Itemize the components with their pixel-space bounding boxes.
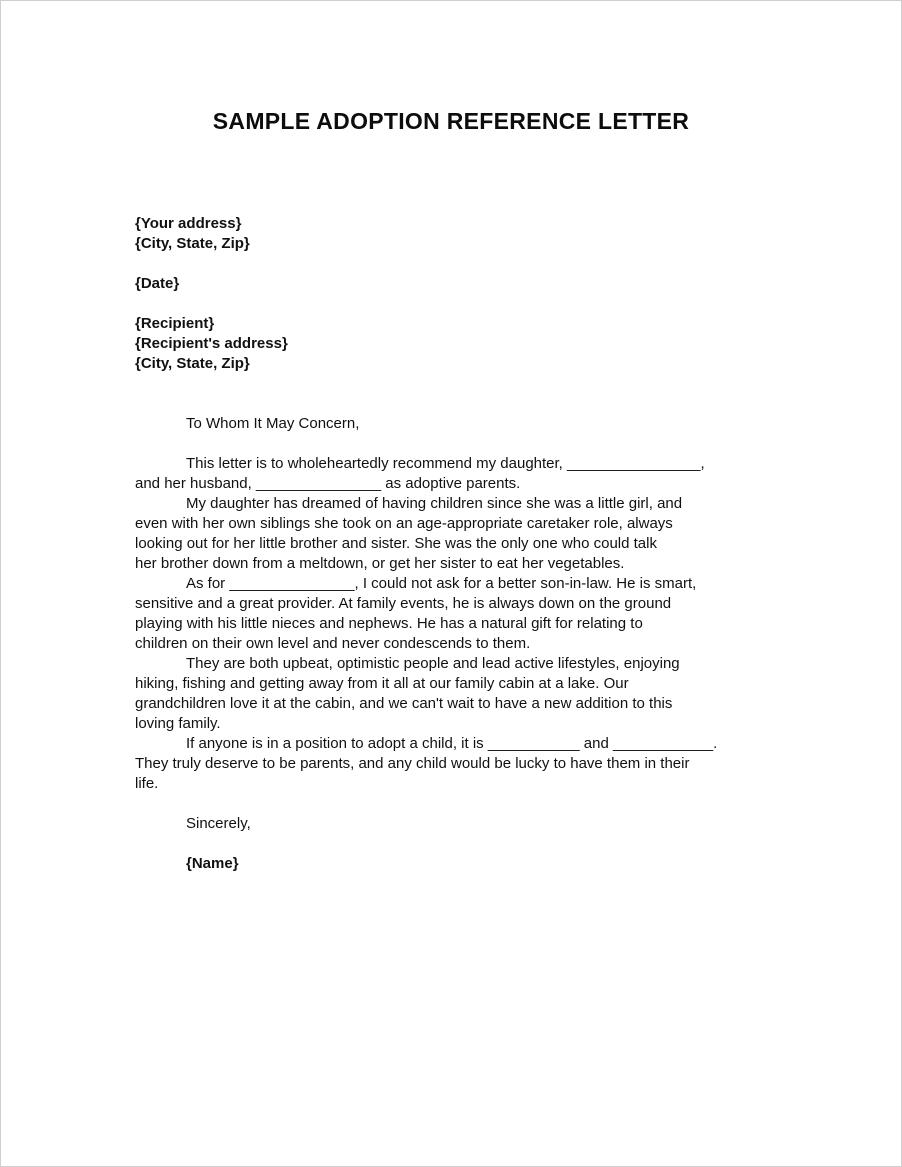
paragraph-son-in-law: As for _______________, I could not ask … (135, 574, 769, 654)
letter-page: SAMPLE ADOPTION REFERENCE LETTER {Your a… (0, 0, 902, 1167)
recipient-address-block: {Recipient} {Recipient's address} {City,… (135, 314, 769, 374)
salutation: To Whom It May Concern, (135, 414, 769, 434)
sender-address-block: {Your address} {City, State, Zip} (135, 214, 769, 254)
paragraph-daughter: My daughter has dreamed of having childr… (135, 494, 769, 574)
signature-name-placeholder: {Name} (135, 854, 769, 874)
paragraph-lifestyle: They are both upbeat, optimistic people … (135, 654, 769, 734)
document-title: SAMPLE ADOPTION REFERENCE LETTER (1, 1, 901, 135)
valediction: Sincerely, (135, 814, 769, 834)
letter-body: {Your address} {City, State, Zip} {Date}… (135, 214, 769, 874)
paragraph-recommendation: This letter is to wholeheartedly recomme… (135, 454, 769, 494)
date-placeholder: {Date} (135, 274, 769, 294)
paragraph-conclusion: If anyone is in a position to adopt a ch… (135, 734, 769, 794)
